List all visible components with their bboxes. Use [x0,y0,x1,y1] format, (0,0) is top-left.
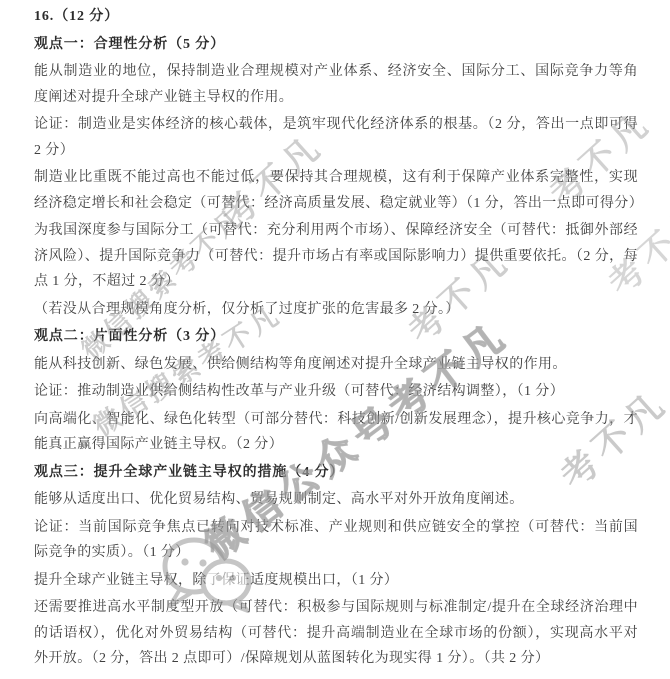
paragraph-3-2: 论证：当前国际竞争焦点已转向对技术标准、产业规则和供应链安全的掌控（可替代：当前… [34,515,638,566]
answer-key-page: 16.（12 分） 观点一：合理性分析（5 分） 能从制造业的地位，保持制造业合… [0,0,670,679]
paragraph-1-5: （若没从合理规模角度分析，仅分析了过度扩张的危害最多 2 分。） [34,297,638,323]
document-content: 16.（12 分） 观点一：合理性分析（5 分） 能从制造业的地位，保持制造业合… [34,4,638,674]
paragraph-3-3: 提升全球产业链主导权，除了保证适度规模出口，（1 分） [34,568,638,594]
paragraph-2-1: 能从科技创新、绿色发展、供给侧结构等角度阐述对提升全球产业链主导权的作用。 [34,352,638,378]
section-viewpoint-2: 观点二：片面性分析（3 分） 能从科技创新、绿色发展、供给侧结构等角度阐述对提升… [34,324,638,458]
section-viewpoint-3: 观点三：提升全球产业链主导权的措施（4 分） 能够从适度出口、优化贸易结构、贸易… [34,460,638,672]
paragraph-1-1: 能从制造业的地位，保持制造业合理规模对产业体系、经济安全、国际分工、国际竞争力等… [34,59,638,110]
section-1-heading: 观点一：合理性分析（5 分） [34,32,638,58]
paragraph-1-3: 制造业比重既不能过高也不能过低，要保持其合理规模，这有利于保障产业体系完整性，实… [34,165,638,216]
question-number: 16.（12 分） [34,4,638,30]
paragraph-1-4: 为我国深度参与国际分工（可替代：充分利用两个市场）、保障经济安全（可替代：抵御外… [34,218,638,295]
section-3-heading: 观点三：提升全球产业链主导权的措施（4 分） [34,460,638,486]
section-viewpoint-1: 观点一：合理性分析（5 分） 能从制造业的地位，保持制造业合理规模对产业体系、经… [34,32,638,323]
paragraph-2-3: 向高端化、智能化、绿色化转型（可部分替代：科技创新/创新发展理念），提升核心竞争… [34,407,638,458]
paragraph-3-1: 能够从适度出口、优化贸易结构、贸易规则制定、高水平对外开放角度阐述。 [34,487,638,513]
paragraph-3-4: 还需要推进高水平制度型开放（可替代：积极参与国际规则与标准制定/提升在全球经济治… [34,595,638,672]
paragraph-2-2: 论证：推动制造业供给侧结构性改革与产业升级（可替代：经济结构调整），（1 分） [34,379,638,405]
paragraph-1-2: 论证：制造业是实体经济的核心载体，是筑牢现代化经济体系的根基。（2 分，答出一点… [34,112,638,163]
section-2-heading: 观点二：片面性分析（3 分） [34,324,638,350]
